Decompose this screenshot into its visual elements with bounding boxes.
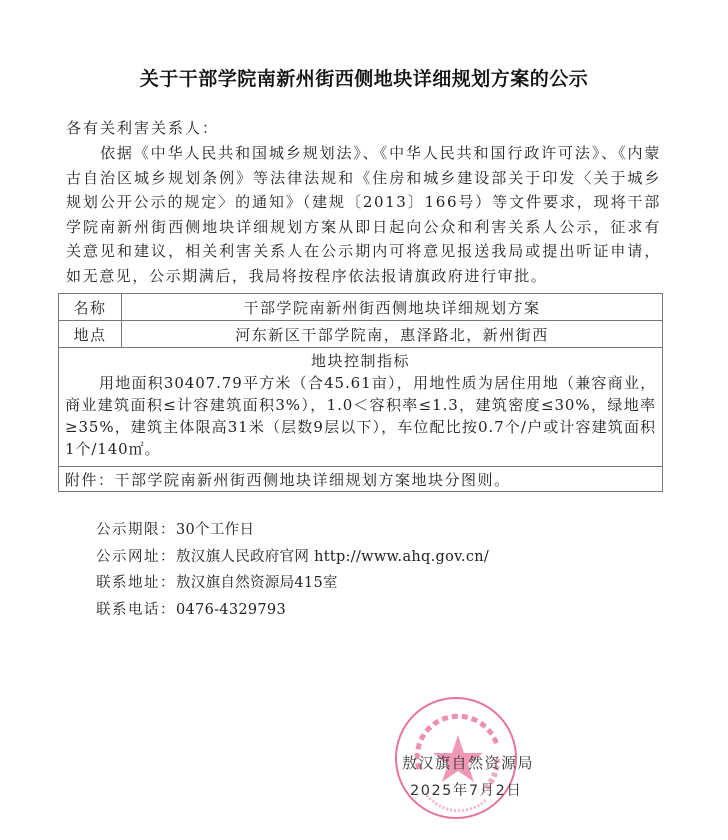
contact-info: 公示期限：30个工作日 公示网址：敖汉旗人民政府官网 http://www.ah… (96, 517, 489, 623)
indicator-text: 用地面积30407.79平方米（合45.61亩），用地性质为居住用地（兼容商业，… (59, 372, 663, 467)
table-row-attachment: 附件：干部学院南新州街西侧地块详细规划方案地块分图则。 (59, 467, 663, 492)
contact-address: 联系地址：敖汉旗自然资源局415室 (96, 570, 489, 597)
phone-label: 联系电话： (96, 602, 176, 618)
address-value: 敖汉旗自然资源局415室 (176, 575, 338, 591)
plan-info-table: 名称 干部学院南新州街西侧地块详细规划方案 地点 河东新区干部学院南，惠泽路北，… (58, 293, 663, 492)
table-row-indicator-header: 地块控制指标 (59, 348, 663, 373)
period-value: 30个工作日 (176, 522, 254, 538)
salutation: 各有关利害关系人： (66, 117, 219, 138)
attachment-text: 附件：干部学院南新州街西侧地块详细规划方案地块分图则。 (59, 467, 663, 492)
website-label: 公示网址： (96, 549, 176, 565)
phone-value: 0476-4329793 (176, 602, 286, 618)
period-label: 公示期限： (96, 522, 176, 538)
signing-date: 2025年7月2日 (410, 779, 522, 800)
publicity-period: 公示期限：30个工作日 (96, 517, 489, 544)
name-label: 名称 (59, 294, 122, 321)
contact-phone: 联系电话：0476-4329793 (96, 597, 489, 624)
website-link[interactable]: 敖汉旗人民政府官网 http://www.ahq.gov.cn/ (176, 549, 489, 565)
publicity-website: 公示网址：敖汉旗人民政府官网 http://www.ahq.gov.cn/ (96, 544, 489, 571)
address-label: 联系地址： (96, 575, 176, 591)
table-row-location: 地点 河东新区干部学院南，惠泽路北，新州街西 (59, 321, 663, 348)
body-paragraph: 依据《中华人民共和国城乡规划法》、《中华人民共和国行政许可法》、《内蒙古自治区城… (66, 141, 661, 288)
table-row-name: 名称 干部学院南新州街西侧地块详细规划方案 (59, 294, 663, 321)
name-value: 干部学院南新州街西侧地块详细规划方案 (122, 294, 663, 321)
table-row-indicator-text: 用地面积30407.79平方米（合45.61亩），用地性质为居住用地（兼容商业，… (59, 372, 663, 467)
location-label: 地点 (59, 321, 122, 348)
location-value: 河东新区干部学院南，惠泽路北，新州街西 (122, 321, 663, 348)
indicator-header: 地块控制指标 (59, 348, 663, 373)
signing-organization: 敖汉旗自然资源局 (402, 752, 534, 773)
document-title: 关于干部学院南新州街西侧地块详细规划方案的公示 (0, 64, 728, 91)
